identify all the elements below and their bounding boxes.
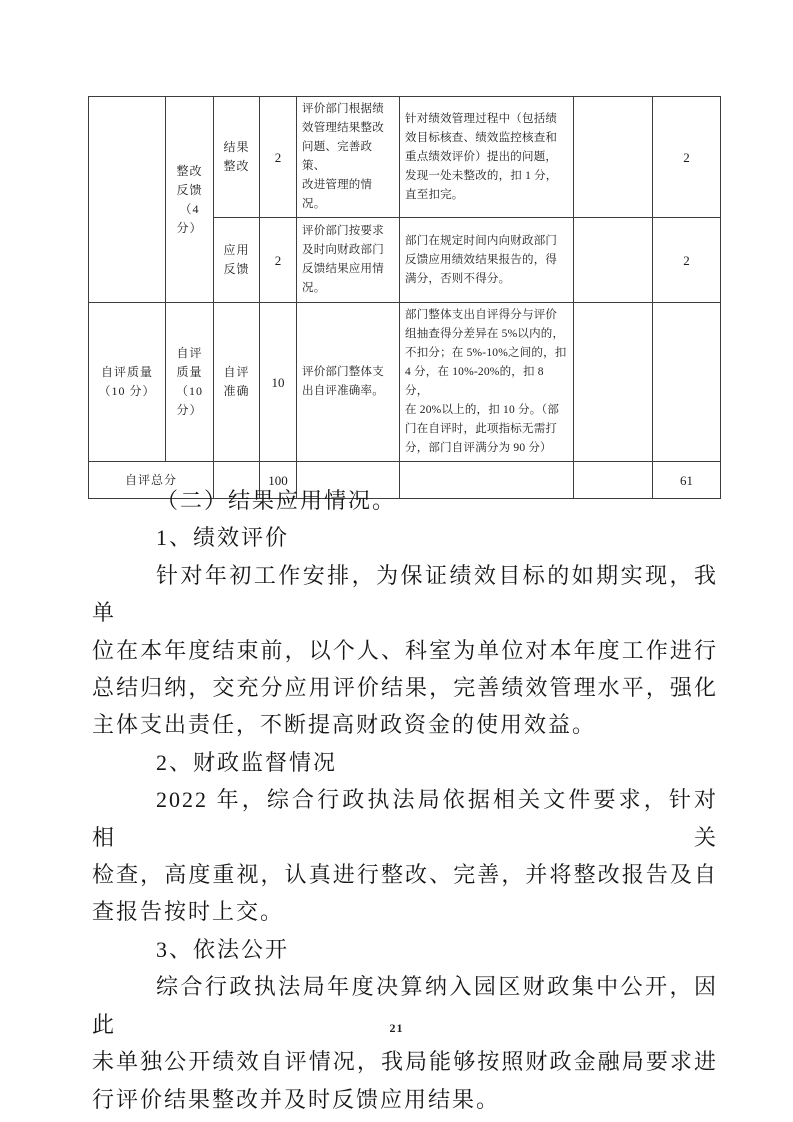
paragraph-line: 针对年初工作安排，为保证绩效目标的如期实现，我单 [92, 557, 718, 632]
cell-weight-result-rectification: 2 [260, 97, 297, 218]
cell-group-blank [89, 97, 166, 303]
cell-category-rectification-feedback: 整改 反馈 （4 分） [166, 97, 214, 303]
paragraph-line: 检查，高度重视，认真进行整改、完善，并将整改报告及自 [92, 856, 718, 893]
performance-evaluation-table: 整改 反馈 （4 分） 结果 整改 2 评价部门根据绩 效管理结果整改 问题、完… [88, 96, 721, 499]
paragraph-line: 行评价结果整改并及时反馈应用结果。 [92, 1081, 718, 1118]
paragraph-line: 未单独公开绩效自评情况，我局能够按照财政金融局要求进 [92, 1043, 718, 1080]
paragraph-line: 2022 年，综合行政执法局依据相关文件要求，针对相关 [92, 781, 718, 856]
cell-indicator-result-rectification: 结果 整改 [214, 97, 260, 218]
document-page: 整改 反馈 （4 分） 结果 整改 2 评价部门根据绩 效管理结果整改 问题、完… [0, 0, 793, 1122]
cell-weight-application-feedback: 2 [260, 218, 297, 303]
cell-score-result-rectification: 2 [653, 97, 721, 218]
paragraph-line: 位在本年度结束前，以个人、科室为单位对本年度工作进行 [92, 632, 718, 669]
section-heading: （二）结果应用情况。 [92, 482, 718, 519]
cell-description-result-rectification: 评价部门根据绩 效管理结果整改 问题、完善政策、 改进管理的情 况。 [297, 97, 400, 218]
cell-indicator-self-eval-accuracy: 自评 准确 [214, 303, 260, 462]
page-number: 21 [0, 1021, 793, 1036]
paragraph-line: 主体支出责任，不断提高财政资金的使用效益。 [92, 706, 718, 743]
table-row: 自评质量 （10 分） 自评 质量 （10 分） 自评 准确 10 评价部门整体… [89, 303, 721, 462]
cell-scoring-rule-self-eval-accuracy: 部门整体支出自评得分与评价 组抽查得分差异在 5%以内的， 不扣分；在 5%-1… [400, 303, 574, 462]
subsection-heading-3: 3、依法公开 [92, 931, 718, 968]
cell-deduction-blank-2 [574, 218, 653, 303]
cell-description-self-eval-accuracy: 评价部门整体支 出自评准确率。 [297, 303, 400, 462]
cell-scoring-rule-application-feedback: 部门在规定时间内向财政部门 反馈应用绩效结果报告的，得 满分，否则不得分。 [400, 218, 574, 303]
cell-weight-self-eval-accuracy: 10 [260, 303, 297, 462]
cell-score-self-eval-accuracy [653, 303, 721, 462]
cell-scoring-rule-result-rectification: 针对绩效管理过程中（包括绩 效目标核查、绩效监控核查和 重点绩效评价）提出的问题… [400, 97, 574, 218]
cell-deduction-blank-3 [574, 303, 653, 462]
cell-group-self-eval-quality: 自评质量 （10 分） [89, 303, 166, 462]
table-row: 整改 反馈 （4 分） 结果 整改 2 评价部门根据绩 效管理结果整改 问题、完… [89, 97, 721, 218]
cell-indicator-application-feedback: 应用 反馈 [214, 218, 260, 303]
cell-description-application-feedback: 评价部门按要求 及时向财政部门 反馈结果应用情 况。 [297, 218, 400, 303]
subsection-heading-1: 1、绩效评价 [92, 519, 718, 556]
paragraph-line: 查报告按时上交。 [92, 893, 718, 930]
cell-deduction-blank-1 [574, 97, 653, 218]
cell-category-self-eval-quality: 自评 质量 （10 分） [166, 303, 214, 462]
subsection-heading-2: 2、财政监督情况 [92, 744, 718, 781]
cell-score-application-feedback: 2 [653, 218, 721, 303]
paragraph-line: 总结归纳，交充分应用评价结果，完善绩效管理水平，强化 [92, 669, 718, 706]
